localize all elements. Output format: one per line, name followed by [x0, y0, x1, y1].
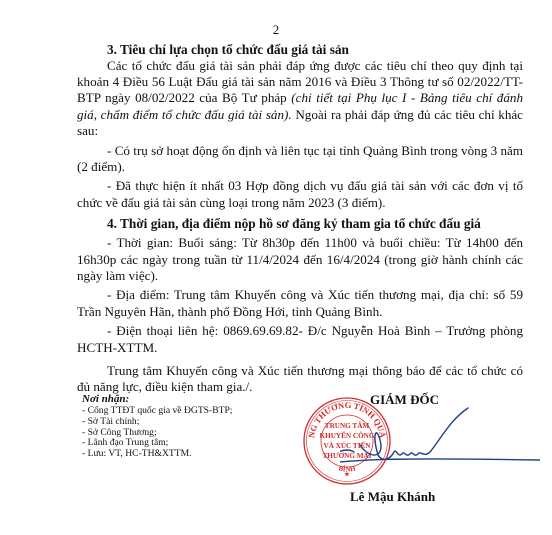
section4-item: - Thời gian: Buổi sáng: Từ 8h30p đến 11h…: [77, 235, 523, 284]
closing-paragraph: Trung tâm Khuyến công và Xúc tiến thương…: [77, 363, 523, 395]
recipients-block: Nơi nhận: - Cổng TTĐT quốc gia về ĐGTS-B…: [82, 393, 232, 460]
document-page: 2 3. Tiêu chí lựa chọn tổ chức đấu giá t…: [0, 0, 552, 535]
section3-heading: 3. Tiêu chí lựa chọn tổ chức đấu giá tài…: [77, 41, 523, 58]
document-body: 3. Tiêu chí lựa chọn tổ chức đấu giá tài…: [77, 41, 523, 395]
recipient-item: - Sở Tài chính;: [82, 417, 232, 428]
section4-heading: 4. Thời gian, địa điểm nộp hồ sơ đăng ký…: [77, 215, 523, 232]
page-number: 2: [0, 22, 552, 38]
section3-intro: Các tổ chức đấu giá tài sản phải đáp ứng…: [77, 58, 523, 139]
recipient-item: - Lưu: VT, HC-TH&XTTM.: [82, 449, 232, 460]
section4-item: - Địa điểm: Trung tâm Khuyến công và Xúc…: [77, 287, 523, 319]
criteria-item: - Đã thực hiện ít nhất 03 Hợp đồng dịch …: [77, 178, 523, 210]
handwritten-signature-icon: [340, 400, 540, 490]
section4-item: - Điện thoại liên hệ: 0869.69.69.82- Đ/c…: [77, 323, 523, 355]
criteria-item: - Có trụ sở hoạt động ổn định và liên tụ…: [77, 143, 523, 175]
signer-name: Lê Mậu Khánh: [350, 489, 435, 505]
signer-title: GIÁM ĐỐC: [370, 392, 439, 408]
